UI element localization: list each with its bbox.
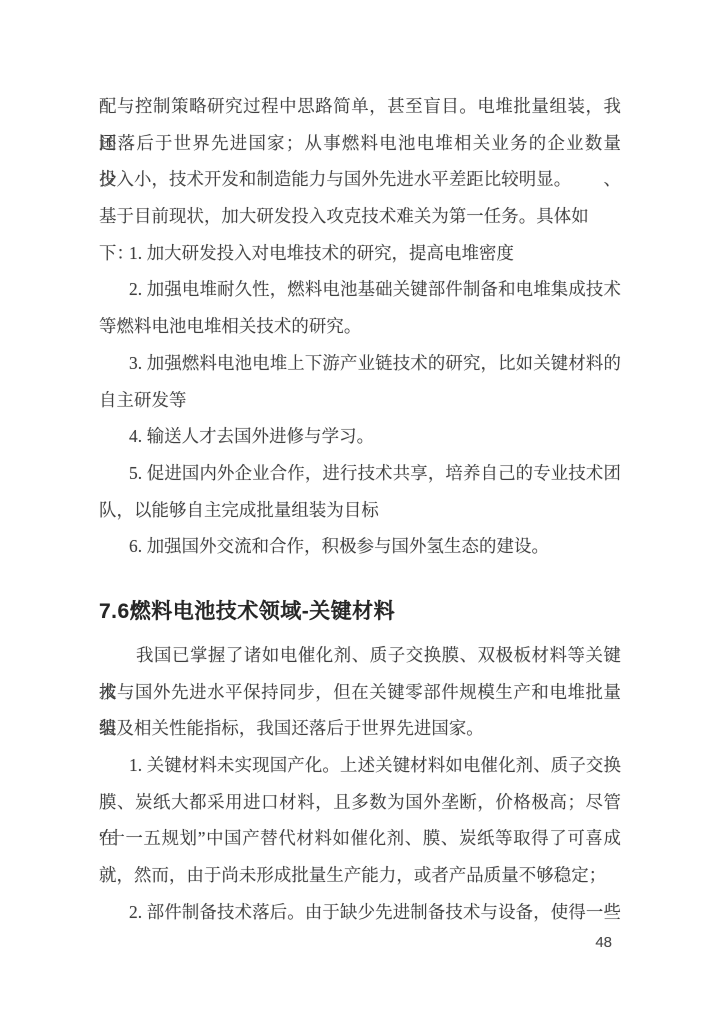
paragraph-line: 配与控制策略研究过程中思路简单，甚至盲目。电堆批量组装，我国	[99, 88, 621, 125]
paragraph-line: 基于目前现状，加大研发投入攻克技术难关为第一任务。具体如下：	[99, 198, 621, 235]
paragraph-line: 装及相关性能指标，我国还落后于世界先进国家。	[99, 710, 621, 747]
document-page: 配与控制策略研究过程中思路简单，甚至盲目。电堆批量组装，我国 还落后于世界先进国…	[0, 0, 724, 1024]
paragraph-line: 术与国外先进水平保持同步，但在关键零部件规模生产和电堆批量组	[99, 674, 621, 711]
page-number: 48	[560, 934, 612, 951]
list-item-line: 6. 加强国外交流和合作，积极参与国外氢生态的建设。	[99, 528, 621, 565]
list-item-line: 4. 输送人才去国外进修与学习。	[99, 418, 621, 455]
list-item-line: 1. 加大研发投入对电堆技术的研究，提高电堆密度	[99, 235, 621, 272]
list-item-line: 等燃料电池电堆相关技术的研究。	[99, 308, 621, 345]
list-item-line: 2. 加强电堆耐久性，燃料电池基础关键部件制备和电堆集成技术	[99, 271, 621, 308]
list-item-line: 2. 部件制备技术落后。由于缺少先进制备技术与设备，使得一些	[99, 894, 621, 931]
list-item-line: 自主研发等	[99, 382, 621, 419]
page-body-text: 配与控制策略研究过程中思路简单，甚至盲目。电堆批量组装，我国 还落后于世界先进国…	[99, 88, 621, 930]
paragraph-line: 我国已掌握了诸如电催化剂、质子交换膜、双极板材料等关键技	[99, 637, 621, 674]
list-item-line: 1. 关键材料未实现国产化。上述关键材料如电催化剂、质子交换	[99, 747, 621, 784]
list-item-line: 5. 促进国内外企业合作，进行技术共享，培养自己的专业技术团	[99, 455, 621, 492]
list-item-line: 队，以能够自主完成批量组装为目标	[99, 492, 621, 529]
list-item-line: 就，然而，由于尚未形成批量生产能力，或者产品质量不够稳定；	[99, 857, 621, 894]
section-heading: 7.6燃料电池技术领域-关键材料	[99, 597, 621, 627]
list-item-line: 3. 加强燃料电池电堆上下游产业链技术的研究，比如关键材料的	[99, 345, 621, 382]
paragraph-line: 还落后于世界先进国家；从事燃料电池电堆相关业务的企业数量少、	[99, 125, 621, 162]
list-item-line: 膜、炭纸大都采用进口材料，且多数为国外垄断，价格极高；尽管在	[99, 784, 621, 821]
list-item-line: “十一五规划”中国产替代材料如催化剂、膜、炭纸等取得了可喜成	[99, 820, 621, 857]
paragraph-line: 投入小，技术开发和制造能力与国外先进水平差距比较明显。	[99, 161, 621, 198]
